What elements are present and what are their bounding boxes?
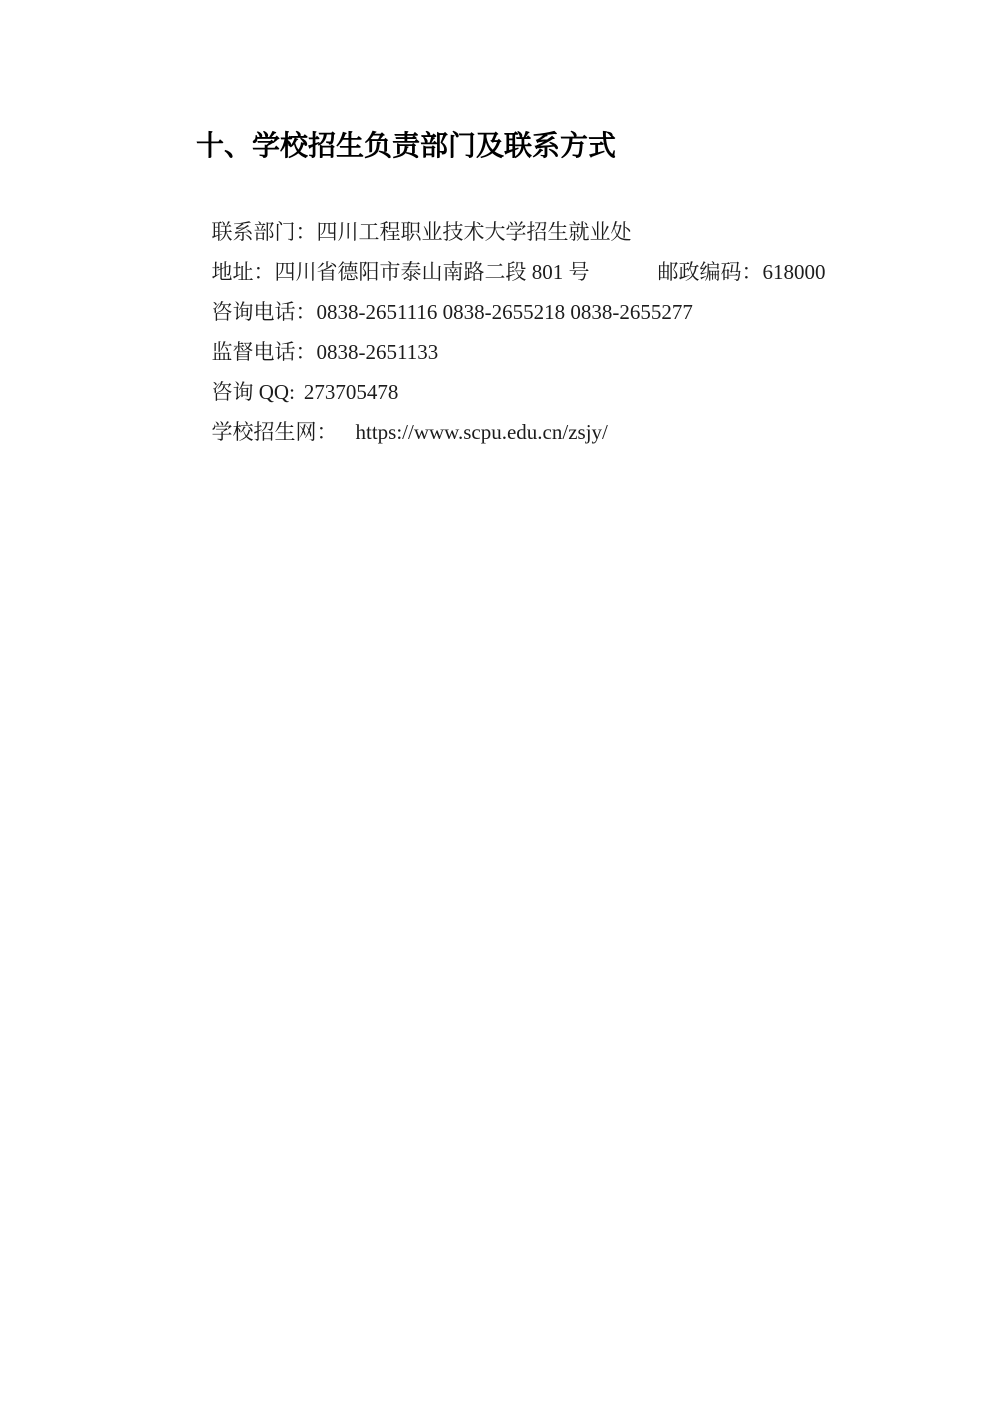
contact-info-block: 联系部门：四川工程职业技术大学招生就业处 地址：四川省德阳市泰山南路二段 801… bbox=[180, 172, 826, 412]
contact-department-value: 四川工程职业技术大学招生就业处 bbox=[317, 220, 632, 244]
address-label: 地址： bbox=[212, 260, 275, 284]
consult-qq-label: 咨询 QQ: bbox=[212, 380, 295, 404]
admissions-website-label: 学校招生网： bbox=[212, 420, 338, 444]
consult-phone-label: 咨询电话： bbox=[212, 300, 317, 324]
supervision-phone-value: 0838-2651133 bbox=[317, 340, 439, 364]
document-page: 十、学校招生负责部门及联系方式 联系部门：四川工程职业技术大学招生就业处 地址：… bbox=[0, 0, 1005, 1427]
postal-code-value: 618000 bbox=[763, 260, 826, 284]
contact-department-line: 联系部门：四川工程职业技术大学招生就业处 bbox=[180, 172, 826, 212]
postal-code-group: 邮政编码：618000 bbox=[658, 260, 826, 284]
section-heading: 十、学校招生负责部门及联系方式 bbox=[196, 129, 616, 163]
postal-code-label: 邮政编码： bbox=[658, 260, 763, 284]
admissions-website-url: https://www.scpu.edu.cn/zsjy/ bbox=[356, 420, 608, 444]
consult-qq-value: 273705478 bbox=[304, 380, 399, 404]
consult-phone-value: 0838-2651116 0838-2655218 0838-2655277 bbox=[317, 300, 693, 324]
address-value: 四川省德阳市泰山南路二段 801 号 bbox=[275, 260, 590, 284]
contact-department-label: 联系部门： bbox=[212, 220, 317, 244]
supervision-phone-label: 监督电话： bbox=[212, 340, 317, 364]
